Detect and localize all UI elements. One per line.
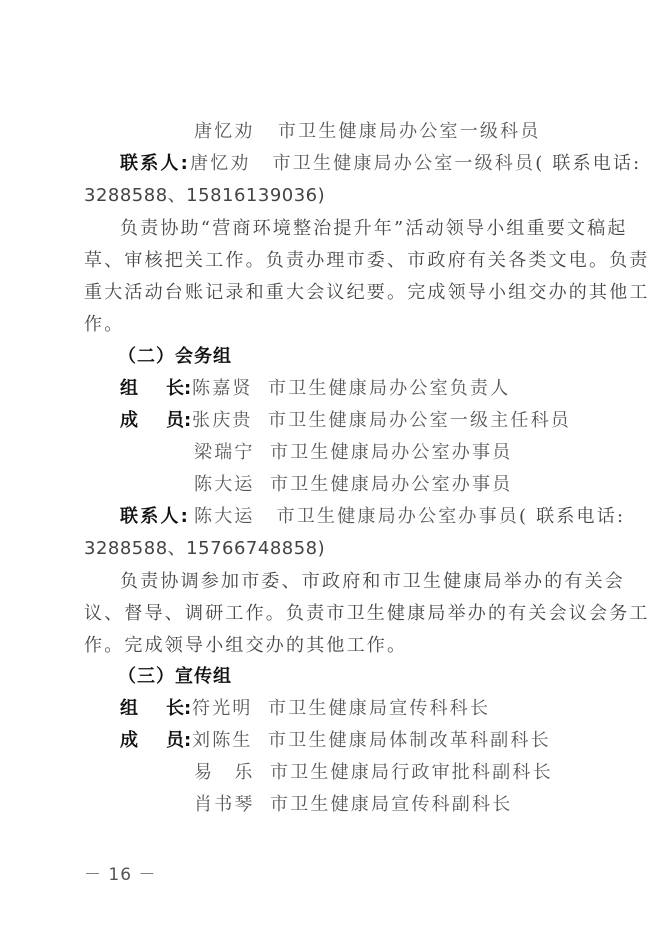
contact-name: 唐忆劝	[190, 148, 251, 180]
section-heading: （二）会务组	[118, 341, 232, 373]
leader-row: 组长:陈嘉贤市卫生健康局办公室负责人	[120, 373, 510, 405]
member-name: 梁瑞宁	[194, 437, 270, 469]
page-number: － 16 －	[84, 860, 156, 885]
member-name: 肖书琴	[194, 789, 270, 821]
leader-title: 市卫生健康局办公室负责人	[268, 378, 510, 399]
contact-phone-prefix: ( 联系电话:	[519, 506, 625, 527]
section-heading: （三）宣传组	[118, 661, 232, 693]
member-title: 市卫生健康局宣传科副科长	[270, 794, 512, 815]
contact-label: 联系人:	[120, 153, 190, 174]
member-row: 易 乐市卫生健康局行政审批科副科长	[194, 757, 553, 789]
duties-line: 作。	[84, 309, 124, 341]
contact-label: 联系人:	[120, 506, 190, 527]
member-title: 市卫生健康局办公室办事员	[270, 474, 512, 495]
duties-line: 负责协助“营商环境整治提升年”活动领导小组重要文稿起	[120, 213, 628, 245]
document-page: 唐忆劝 市卫生健康局办公室一级科员 联系人:唐忆劝市卫生健康局办公室一级科员( …	[0, 0, 667, 932]
leader-label: 组长:	[120, 373, 192, 405]
duties-line: 草、审核把关工作。负责办理市委、市政府有关各类文电。负责	[84, 245, 650, 277]
duties-line: 议、督导、调研工作。负责市卫生健康局举办的有关会议会务工	[84, 598, 650, 630]
member-row: 陈大运市卫生健康局办公室办事员	[194, 469, 512, 501]
contact-row: 联系人:唐忆劝市卫生健康局办公室一级科员( 联系电话:	[120, 148, 641, 180]
member-title: 市卫生健康局办公室一级主任科员	[268, 410, 571, 431]
leader-label: 组长:	[120, 693, 192, 725]
member-name: 易 乐	[194, 757, 270, 789]
contact-phone: 3288588、15816139036)	[84, 180, 325, 212]
duties-line: 负责协调参加市委、市政府和市卫生健康局举办的有关会	[120, 566, 625, 598]
leader-row: 组长:符光明市卫生健康局宣传科科长	[120, 693, 490, 725]
contact-phone: 3288588、15766748858)	[84, 533, 325, 565]
leader-name: 符光明	[192, 693, 268, 725]
members-label: 成员:	[120, 725, 192, 757]
duties-line: 作。完成领导小组交办的其他工作。	[84, 630, 407, 662]
contact-row: 联系人:陈大运市卫生健康局办公室办事员( 联系电话:	[120, 501, 625, 533]
contact-title: 市卫生健康局办公室一级科员	[273, 153, 536, 174]
duties-line: 重大活动台账记录和重大会议纪要。完成领导小组交办的其他工	[84, 277, 650, 309]
member-name: 刘陈生	[192, 725, 268, 757]
member-row: 唐忆劝 市卫生健康局办公室一级科员	[194, 116, 541, 148]
member-name: 陈大运	[194, 469, 270, 501]
contact-phone-prefix: ( 联系电话:	[535, 153, 641, 174]
member-title: 市卫生健康局办公室一级科员	[278, 121, 541, 142]
member-row: 成员:刘陈生市卫生健康局体制改革科副科长	[120, 725, 551, 757]
member-row: 肖书琴市卫生健康局宣传科副科长	[194, 789, 512, 821]
contact-title: 市卫生健康局办公室办事员	[277, 506, 519, 527]
member-name: 唐忆劝	[194, 116, 270, 148]
members-label: 成员:	[120, 405, 192, 437]
member-row: 成员:张庆贵市卫生健康局办公室一级主任科员	[120, 405, 571, 437]
contact-name: 陈大运	[194, 501, 255, 533]
member-row: 梁瑞宁市卫生健康局办公室办事员	[194, 437, 512, 469]
member-title: 市卫生健康局办公室办事员	[270, 442, 512, 463]
leader-title: 市卫生健康局宣传科科长	[268, 698, 490, 719]
member-title: 市卫生健康局体制改革科副科长	[268, 730, 551, 751]
leader-name: 陈嘉贤	[192, 373, 268, 405]
member-name: 张庆贵	[192, 405, 268, 437]
member-title: 市卫生健康局行政审批科副科长	[270, 762, 553, 783]
